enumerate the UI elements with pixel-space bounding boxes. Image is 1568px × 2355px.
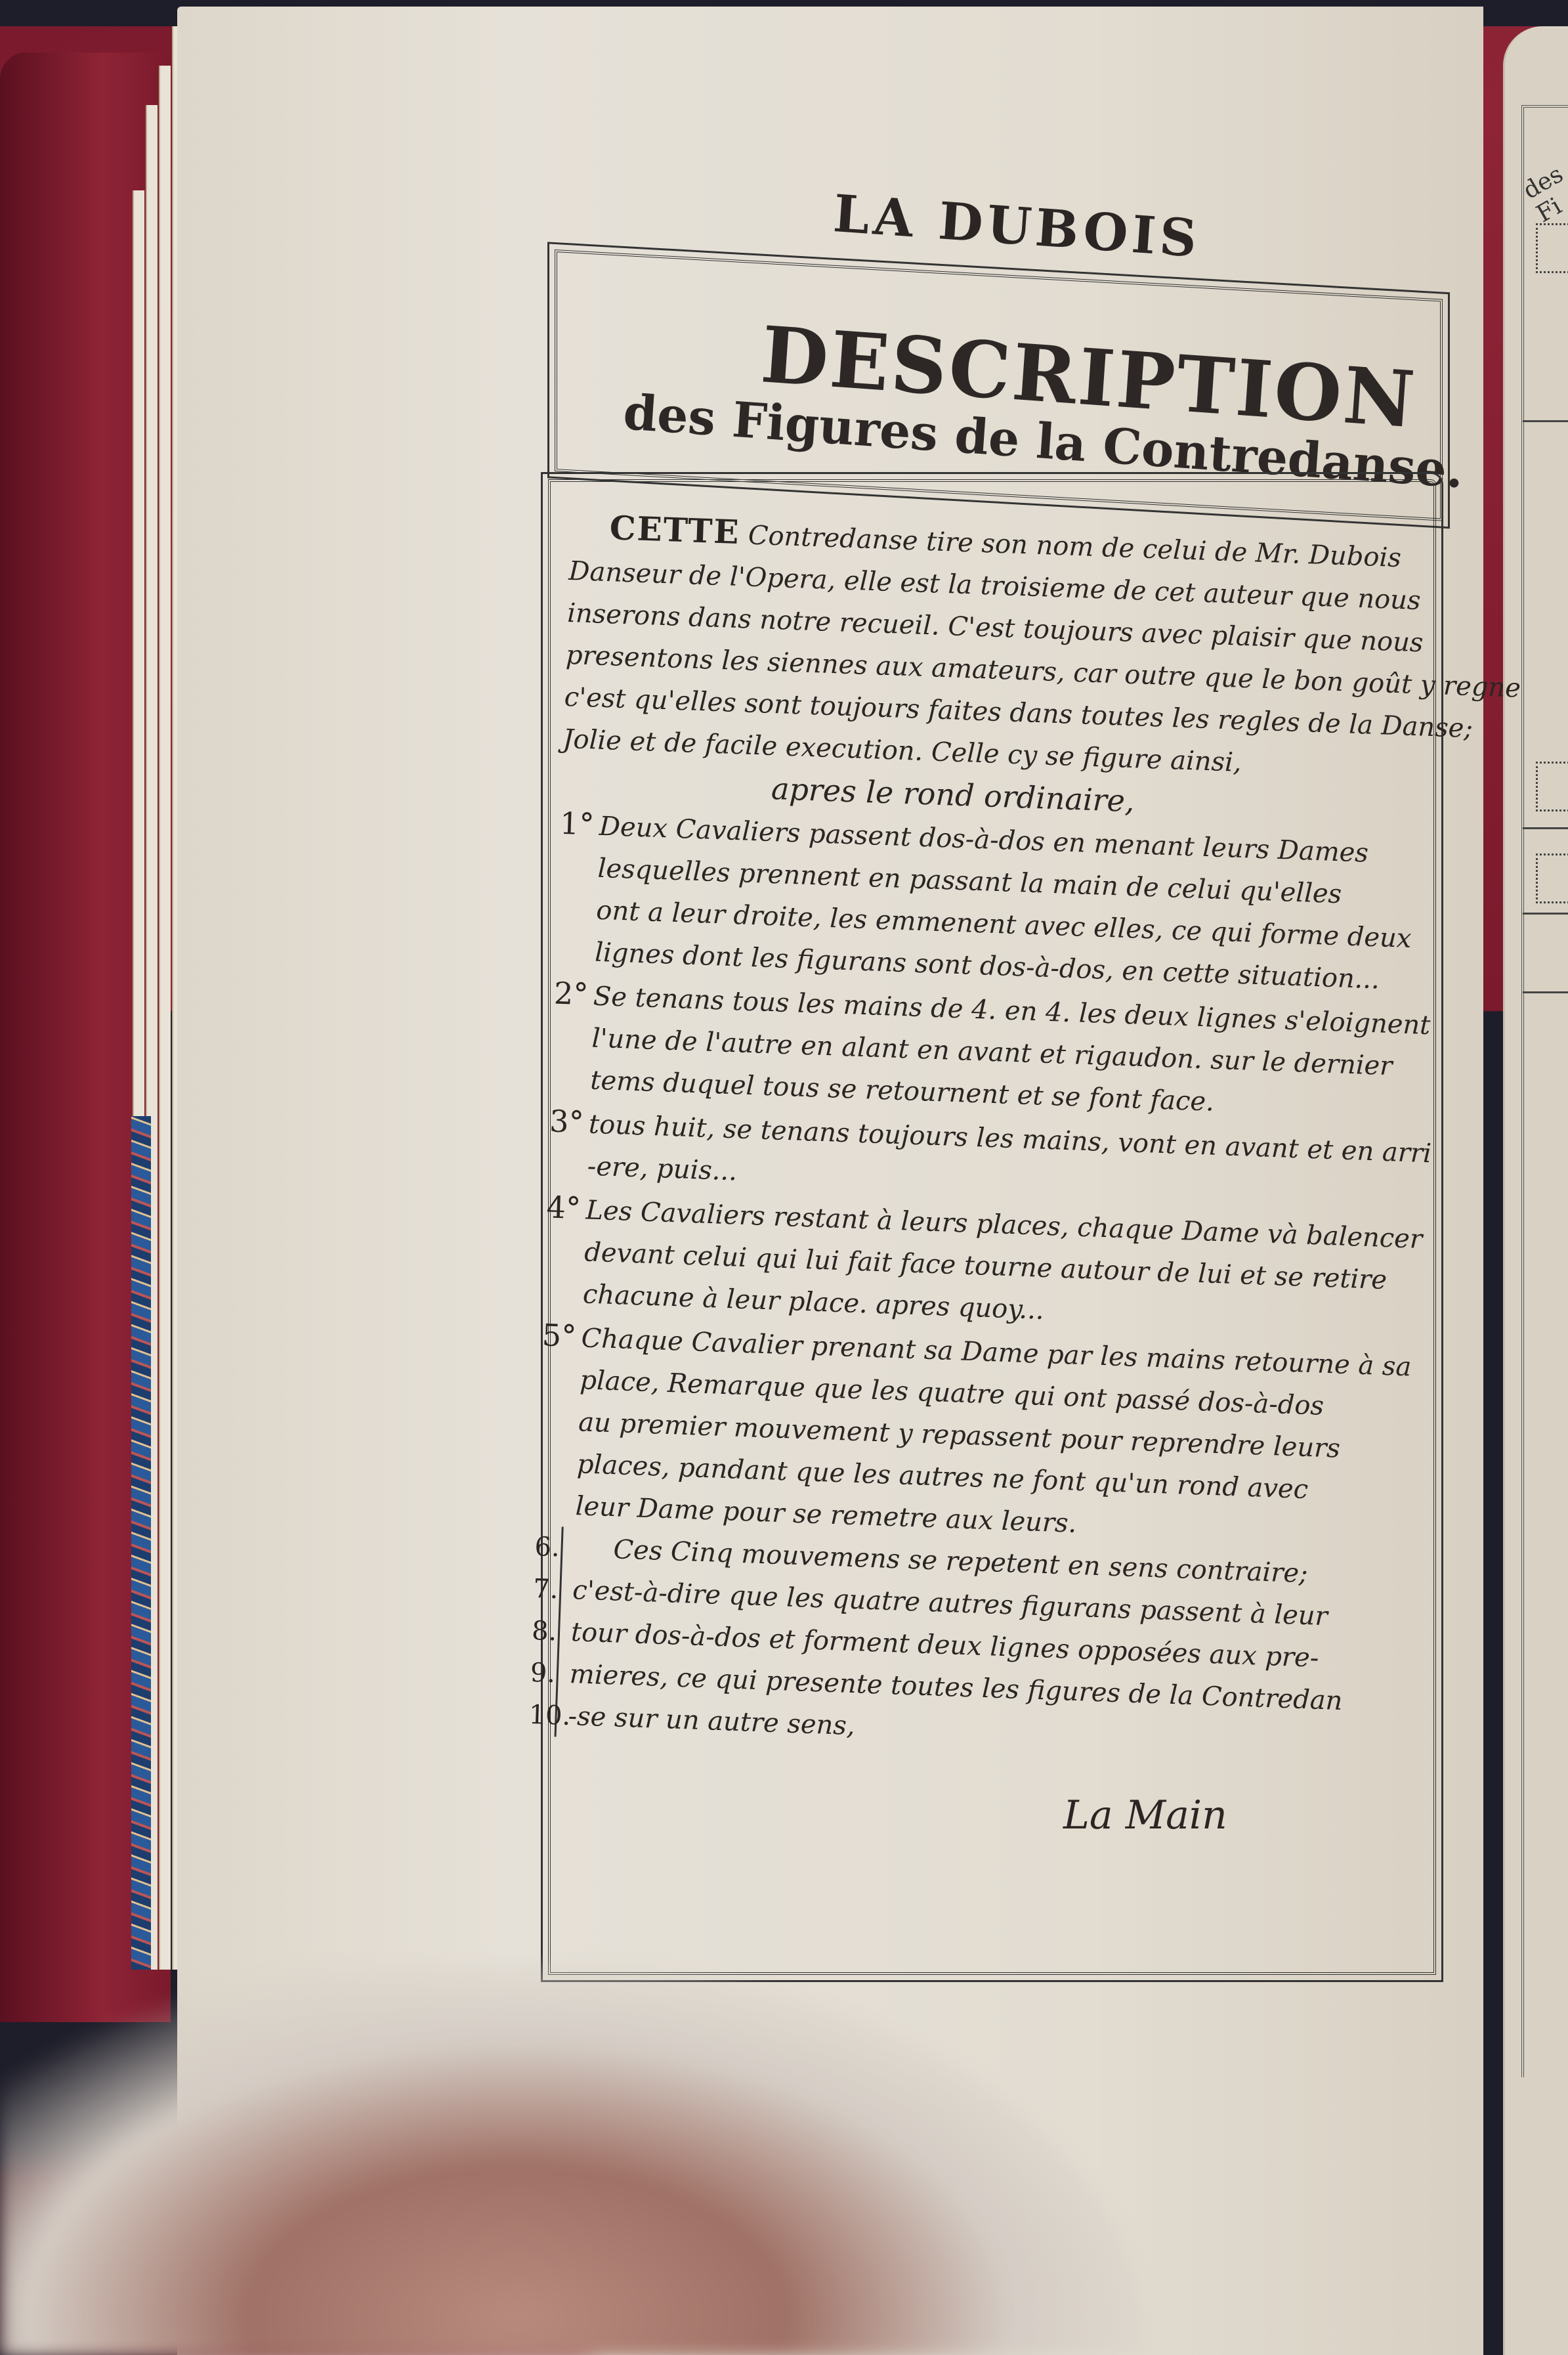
intro-lead-word: CETTE (609, 508, 741, 551)
page-leaf (159, 66, 171, 1970)
figure-number: 6. (534, 1526, 561, 1568)
facing-page-frame (1521, 105, 1568, 2077)
description-text: CETTE Contredanse tire son nom de celui … (528, 506, 1437, 1766)
facing-divider (1523, 420, 1568, 422)
figure-number: 8. (531, 1610, 559, 1653)
figure-number: 1° (559, 802, 600, 846)
dance-diagram-icon (1536, 853, 1568, 903)
dance-diagram-icon (1536, 762, 1568, 811)
facing-divider (1523, 827, 1568, 829)
figure-number: 3° (549, 1100, 589, 1143)
facing-divider (1523, 913, 1568, 915)
figure-number: 9. (530, 1652, 557, 1695)
figure-number: 10. (528, 1694, 556, 1737)
repeat-figures-block: 6. 7. 8. 9. 10. Ces Cinq mouvemens se re… (528, 1526, 1401, 1766)
figure-number: 5° (541, 1314, 582, 1357)
figure-number: 7. (532, 1568, 560, 1610)
catchword: La Main (1063, 1792, 1227, 1838)
figure-number: 2° (553, 972, 594, 1016)
marbled-endpaper (131, 1116, 151, 1970)
dance-diagram-icon (1536, 223, 1568, 273)
figure-number: 4° (546, 1186, 587, 1229)
facing-divider (1523, 991, 1568, 993)
